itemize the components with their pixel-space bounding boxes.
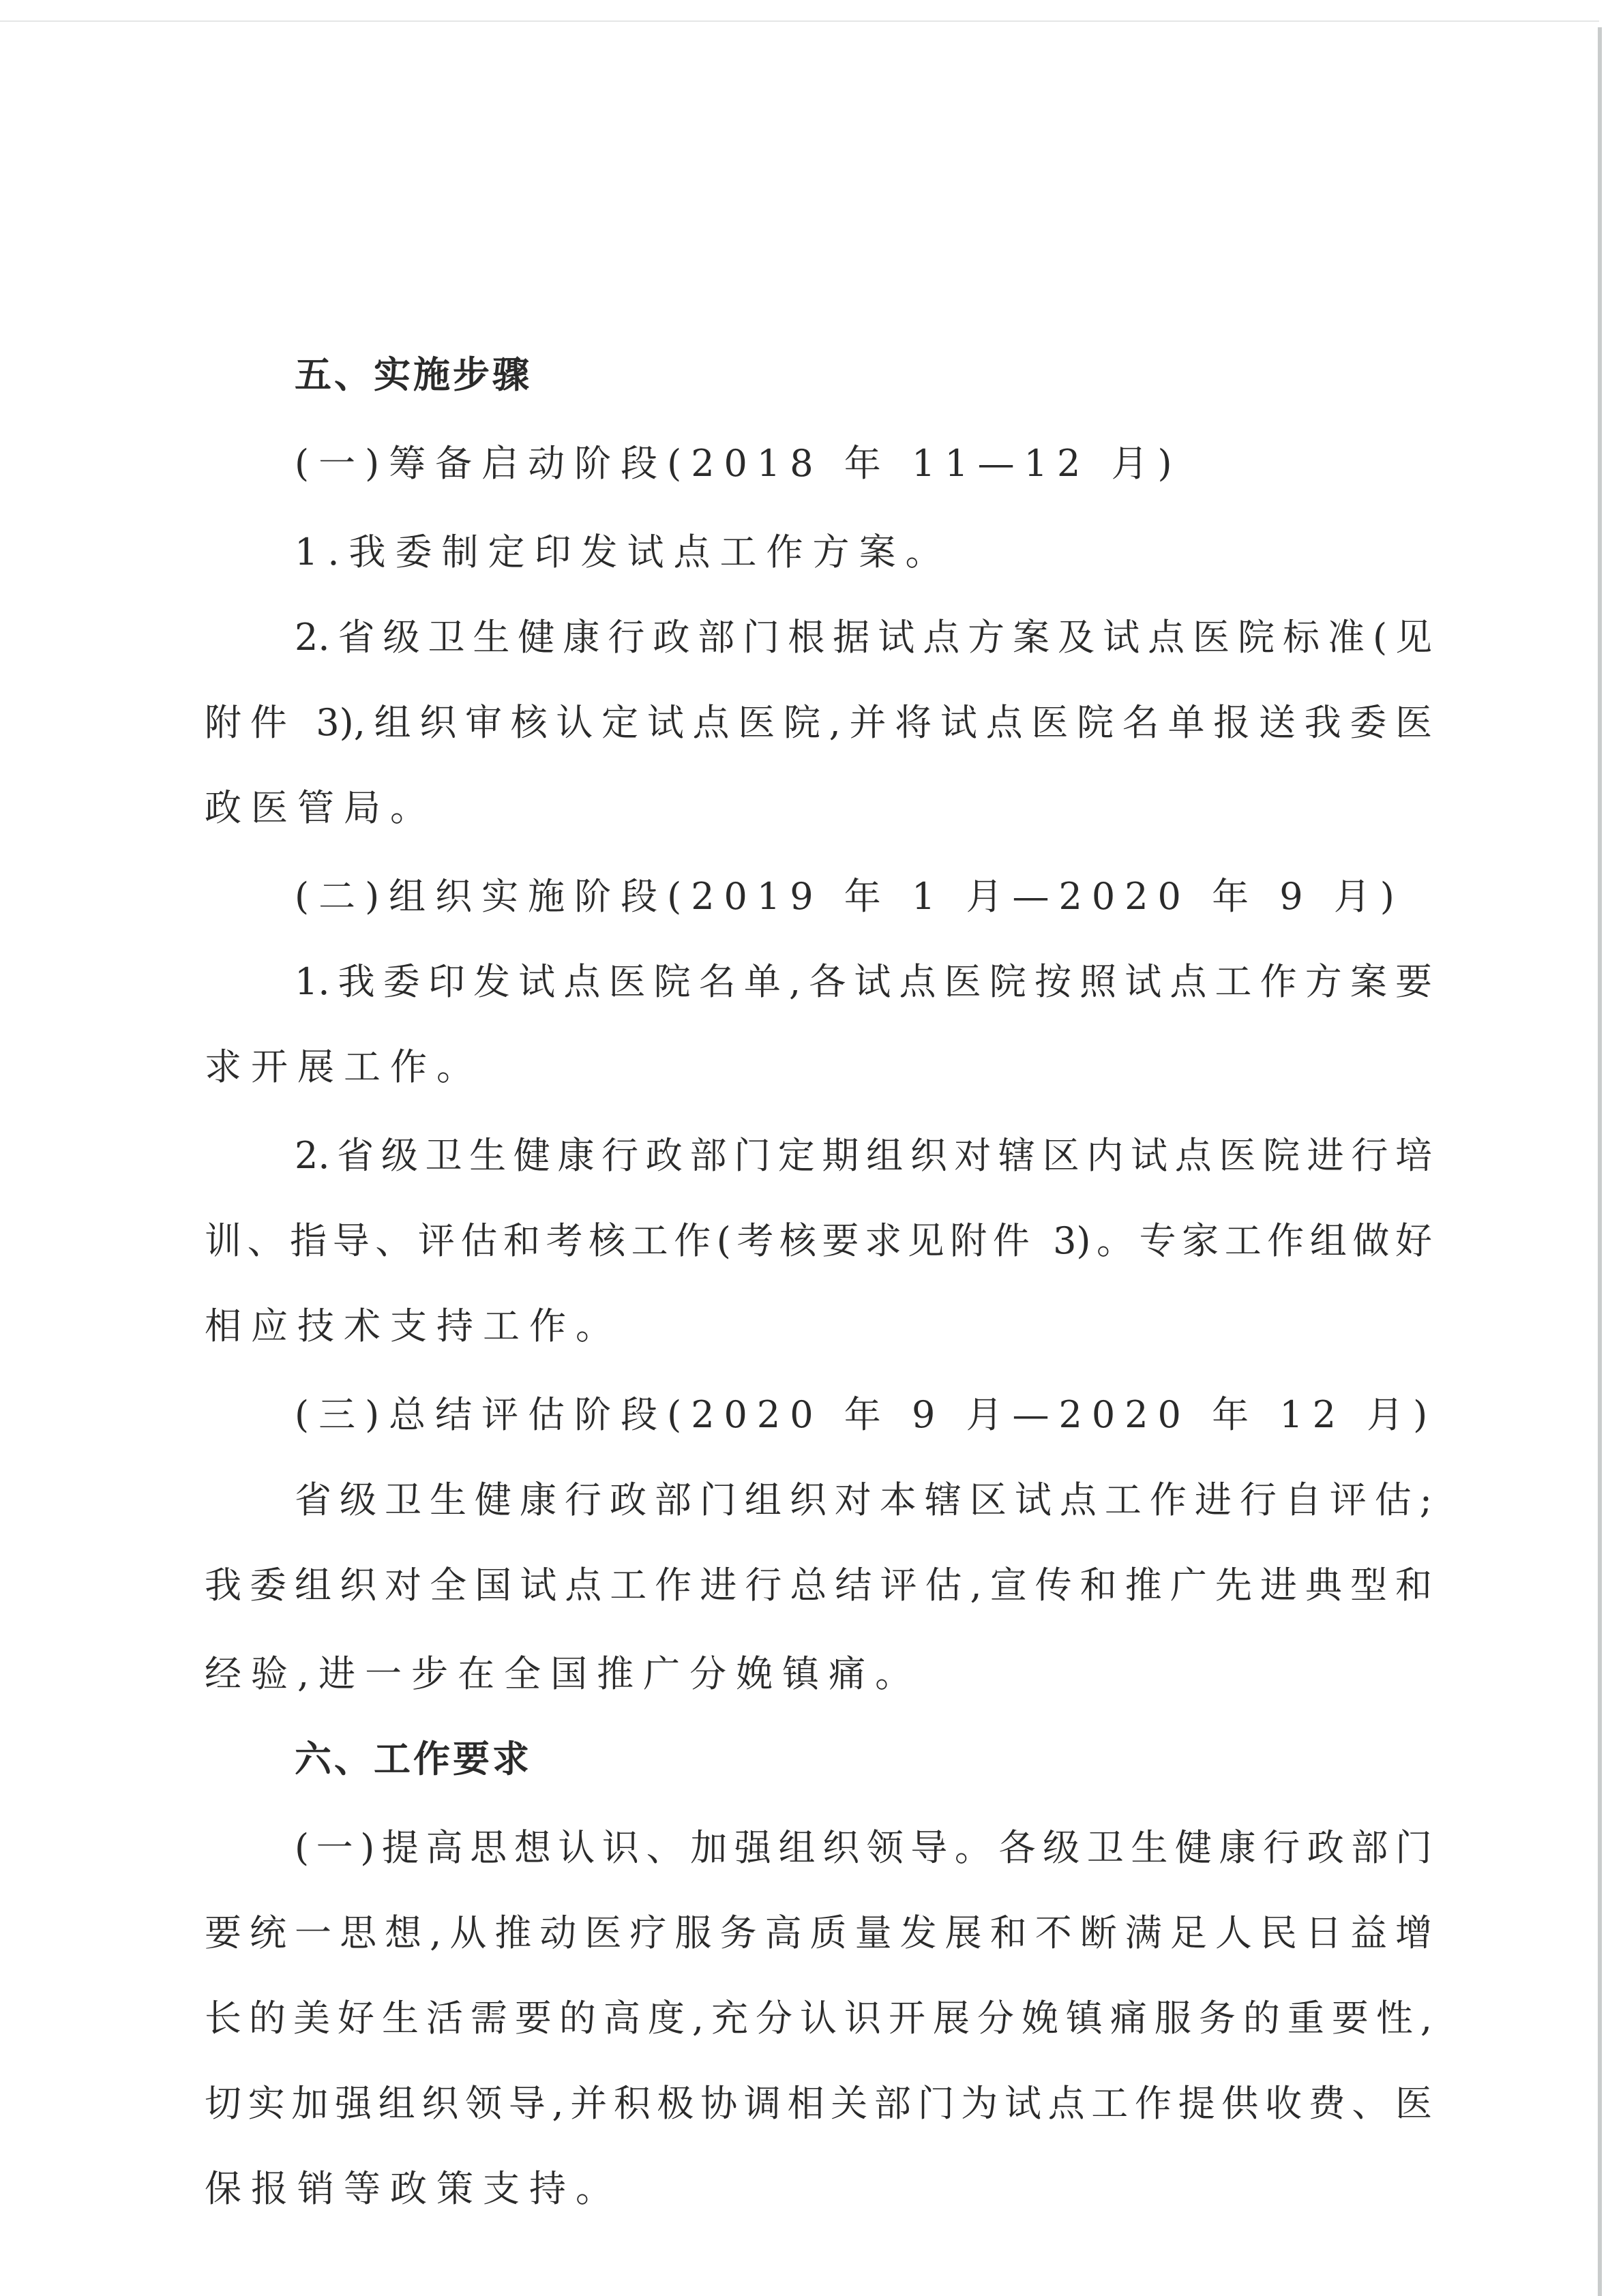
- req1-line1: (一)提高思想认识、加强组织领导。各级卫生健康行政部门: [295, 1821, 1432, 1875]
- phase1-item2-line1: 2.省级卫生健康行政部门根据试点方案及试点医院标准(见: [295, 610, 1432, 665]
- req1-line3: 长的美好生活需要的高度,充分认识开展分娩镇痛服务的重要性,: [205, 1991, 1432, 2046]
- req1-line4: 切实加强组织领导,并积极协调相关部门为试点工作提供收费、医: [205, 2076, 1432, 2131]
- phase2-title: (二)组织实施阶段(2019 年 1 月—2020 年 9 月): [295, 869, 1404, 924]
- section-heading-implementation-steps: 五、实施步骤: [295, 348, 532, 402]
- phase3-title: (三)总结评估阶段(2020 年 9 月—2020 年 12 月): [295, 1388, 1437, 1442]
- section-heading-work-requirements: 六、工作要求: [295, 1732, 532, 1787]
- phase2-item2-line1: 2.省级卫生健康行政部门定期组织对辖区内试点医院进行培: [295, 1129, 1432, 1183]
- phase3-body-line2: 我委组织对全国试点工作进行总结评估,宣传和推广先进典型和: [205, 1558, 1432, 1613]
- phase3-body-line1: 省级卫生健康行政部门组织对本辖区试点工作进行自评估;: [295, 1473, 1432, 1527]
- req1-line2: 要统一思想,从推动医疗服务高质量发展和不断满足人民日益增: [205, 1906, 1432, 1960]
- phase3-body-line3: 经验,进一步在全国推广分娩镇痛。: [205, 1647, 921, 1701]
- req1-line5: 保报销等政策支持。: [205, 2162, 622, 2216]
- phase2-item2-line3: 相应技术支持工作。: [205, 1299, 622, 1354]
- phase2-item2-line2: 训、指导、评估和考核工作(考核要求见附件 3)。专家工作组做好: [205, 1214, 1432, 1268]
- phase1-title: (一)筹备启动阶段(2018 年 11—12 月): [295, 436, 1182, 491]
- phase1-item1: 1.我委制定印发试点工作方案。: [295, 525, 952, 580]
- phase2-item1-line1: 1.我委印发试点医院名单,各试点医院按照试点工作方案要: [295, 955, 1432, 1009]
- scan-page-edge-right: [1598, 27, 1602, 2296]
- phase1-item2-line3: 政医管局。: [205, 781, 436, 835]
- scan-page-edge-top: [0, 20, 1599, 22]
- phase1-item2-line2: 附件 3),组织审核认定试点医院,并将试点医院名单报送我委医: [205, 696, 1432, 750]
- phase2-item1-line2: 求开展工作。: [205, 1040, 483, 1094]
